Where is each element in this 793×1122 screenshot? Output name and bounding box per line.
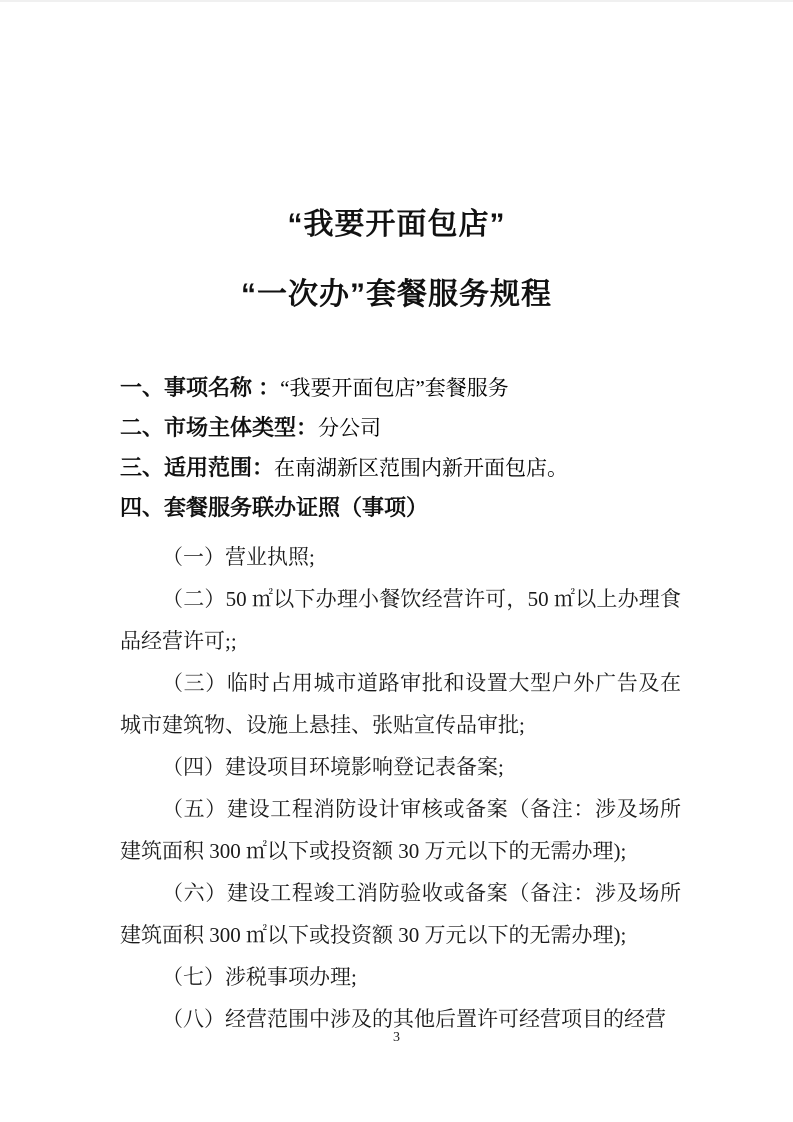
- list-item-6: （六）建设工程竣工消防验收或备案（备注：涉及场所建筑面积 300 ㎡以下或投资额…: [120, 872, 681, 956]
- item-list: （一）营业执照; （二）50 ㎡以下办理小餐饮经营许可，50 ㎡以上办理食品经营…: [120, 536, 681, 1040]
- section-row-1: 一、事项名称 ：“我要开面包店”套餐服务: [120, 376, 681, 400]
- document-title: “我要开面包店” “一次办”套餐服务规程: [0, 2, 793, 312]
- section-heading-3: 三、适用范围：: [120, 455, 274, 480]
- section-row-4: 四、套餐服务联办证照（事项）: [120, 496, 681, 520]
- section-row-3: 三、适用范围：在南湖新区范围内新开面包店。: [120, 456, 681, 480]
- list-item-5: （五）建设工程消防设计审核或备案（备注：涉及场所建筑面积 300 ㎡以下或投资额…: [120, 788, 681, 872]
- list-item-1: （一）营业执照;: [120, 536, 681, 578]
- section-value-3: 在南湖新区范围内新开面包店。: [274, 456, 568, 480]
- list-item-7: （七）涉税事项办理;: [120, 956, 681, 998]
- section-value-2: 分公司: [318, 416, 381, 440]
- list-item-2: （二）50 ㎡以下办理小餐饮经营许可，50 ㎡以上办理食品经营许可;;: [120, 578, 681, 662]
- list-item-4: （四）建设项目环境影响登记表备案;: [120, 746, 681, 788]
- document-page: “我要开面包店” “一次办”套餐服务规程 一、事项名称 ：“我要开面包店”套餐服…: [0, 0, 793, 1122]
- section-value-1: “我要开面包店”套餐服务: [280, 376, 509, 400]
- list-item-3: （三）临时占用城市道路审批和设置大型户外广告及在城市建筑物、设施上悬挂、张贴宣传…: [120, 662, 681, 746]
- section-heading-4: 四、套餐服务联办证照（事项）: [120, 495, 428, 520]
- section-heading-1: 一、事项名称 ：: [120, 375, 280, 400]
- document-body: 一、事项名称 ：“我要开面包店”套餐服务 二、市场主体类型：分公司 三、适用范围…: [0, 376, 793, 1040]
- section-heading-2: 二、市场主体类型：: [120, 415, 318, 440]
- title-line-2: “一次办”套餐服务规程: [0, 278, 793, 312]
- title-line-1: “我要开面包店”: [0, 208, 793, 242]
- section-row-2: 二、市场主体类型：分公司: [120, 416, 681, 440]
- page-number: 3: [0, 1030, 793, 1046]
